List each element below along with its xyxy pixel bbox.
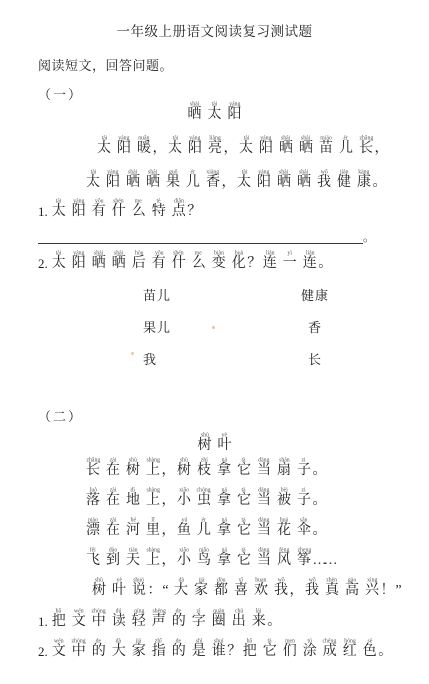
section2-question-1: 1. bǎ把wén文zhōng中dú读qīng轻shēng声de的zì字quān… <box>38 606 280 629</box>
section1-question-2: 2. tài太yáng阳shài晒shài晒hòu后yǒu有shén什me么bi… <box>38 248 331 271</box>
page-title: 一年级上册语文阅读复习测试题 <box>0 20 429 40</box>
match-right-item-2: 香 <box>285 317 345 336</box>
section1-poem-title: shài晒tài太yáng阳 <box>0 99 429 122</box>
question-text: bǎ把wén文zhōng中dú读qīng轻shēng声de的zì字quān圈ch… <box>49 606 280 629</box>
answer-period: 。 <box>363 231 375 244</box>
intro-text: 阅读短文，回答问题。 <box>38 55 173 74</box>
match-left-item-3: 我 <box>143 349 157 368</box>
section2-poem-line-1: zhǎng长zài在shù树shàng上，shù树zhī枝ná拿tā它dāng当… <box>83 455 325 478</box>
question-number: 1. <box>38 614 48 629</box>
section1-poem-line-1: tài太yáng阳nuǎn暖，tài太yáng阳liàng亮，tài太yáng阳… <box>94 133 387 156</box>
section2-poem-line-4: fēi飞dào到tiān天shàng上，xiǎo小niǎo鸟ná拿tā它dāng… <box>83 545 336 568</box>
worksheet-page: { "page": { "title": "一年级上册语文阅读复习测试题", "… <box>0 0 429 684</box>
section2-poem-title: shù树yè叶 <box>0 430 429 453</box>
answer-blank-row: 。 <box>38 230 375 244</box>
match-right-item-3: 长 <box>285 349 345 368</box>
stray-mark <box>131 352 134 355</box>
question-number: 1. <box>38 204 48 219</box>
question-text: tài太yáng阳yǒu有shén什me么tè特diǎn点？ <box>49 196 200 219</box>
stray-mark <box>212 326 215 329</box>
match-left-item-2: 果儿 <box>143 317 171 336</box>
answer-blank-line <box>38 230 363 244</box>
section2-poem-line-3: piāo漂zài在hé河lǐ里，yú鱼ér儿ná拿tā它dāng当huā花sǎn… <box>83 515 325 538</box>
question-text: tài太yáng阳shài晒shài晒hòu后yǒu有shén什me么biàn变… <box>49 248 331 271</box>
match-right-item-1: 健康 <box>285 285 345 304</box>
section1-poem-line-2: tài太yáng阳shài晒shài晒guǒ果ér儿xiāng香，tài太yán… <box>83 167 385 190</box>
section2-poem-line-2: luò落zài在dì地shàng上，xiǎo小chóng虫ná拿tā它dāng当… <box>83 485 325 508</box>
section1-question-1: 1. tài太yáng阳yǒu有shén什me么tè特diǎn点？ <box>38 196 200 219</box>
question-number: 2. <box>38 256 48 271</box>
section2-label: （二） <box>38 406 83 425</box>
match-left-item-1: 苗儿 <box>143 285 171 304</box>
section2-question-2: 2. wén文zhōng中de的dà大jiā家zhǐ指de的shì是shuí谁？… <box>38 636 391 659</box>
question-number: 2. <box>38 644 48 659</box>
question-text: wén文zhōng中de的dà大jiā家zhǐ指de的shì是shuí谁？bǎ把… <box>49 636 391 659</box>
section2-poem-line-5: shù树yè叶shuō说：“dà大jiā家dōu都xǐ喜huan欢wǒ我，wǒ我… <box>89 575 404 598</box>
